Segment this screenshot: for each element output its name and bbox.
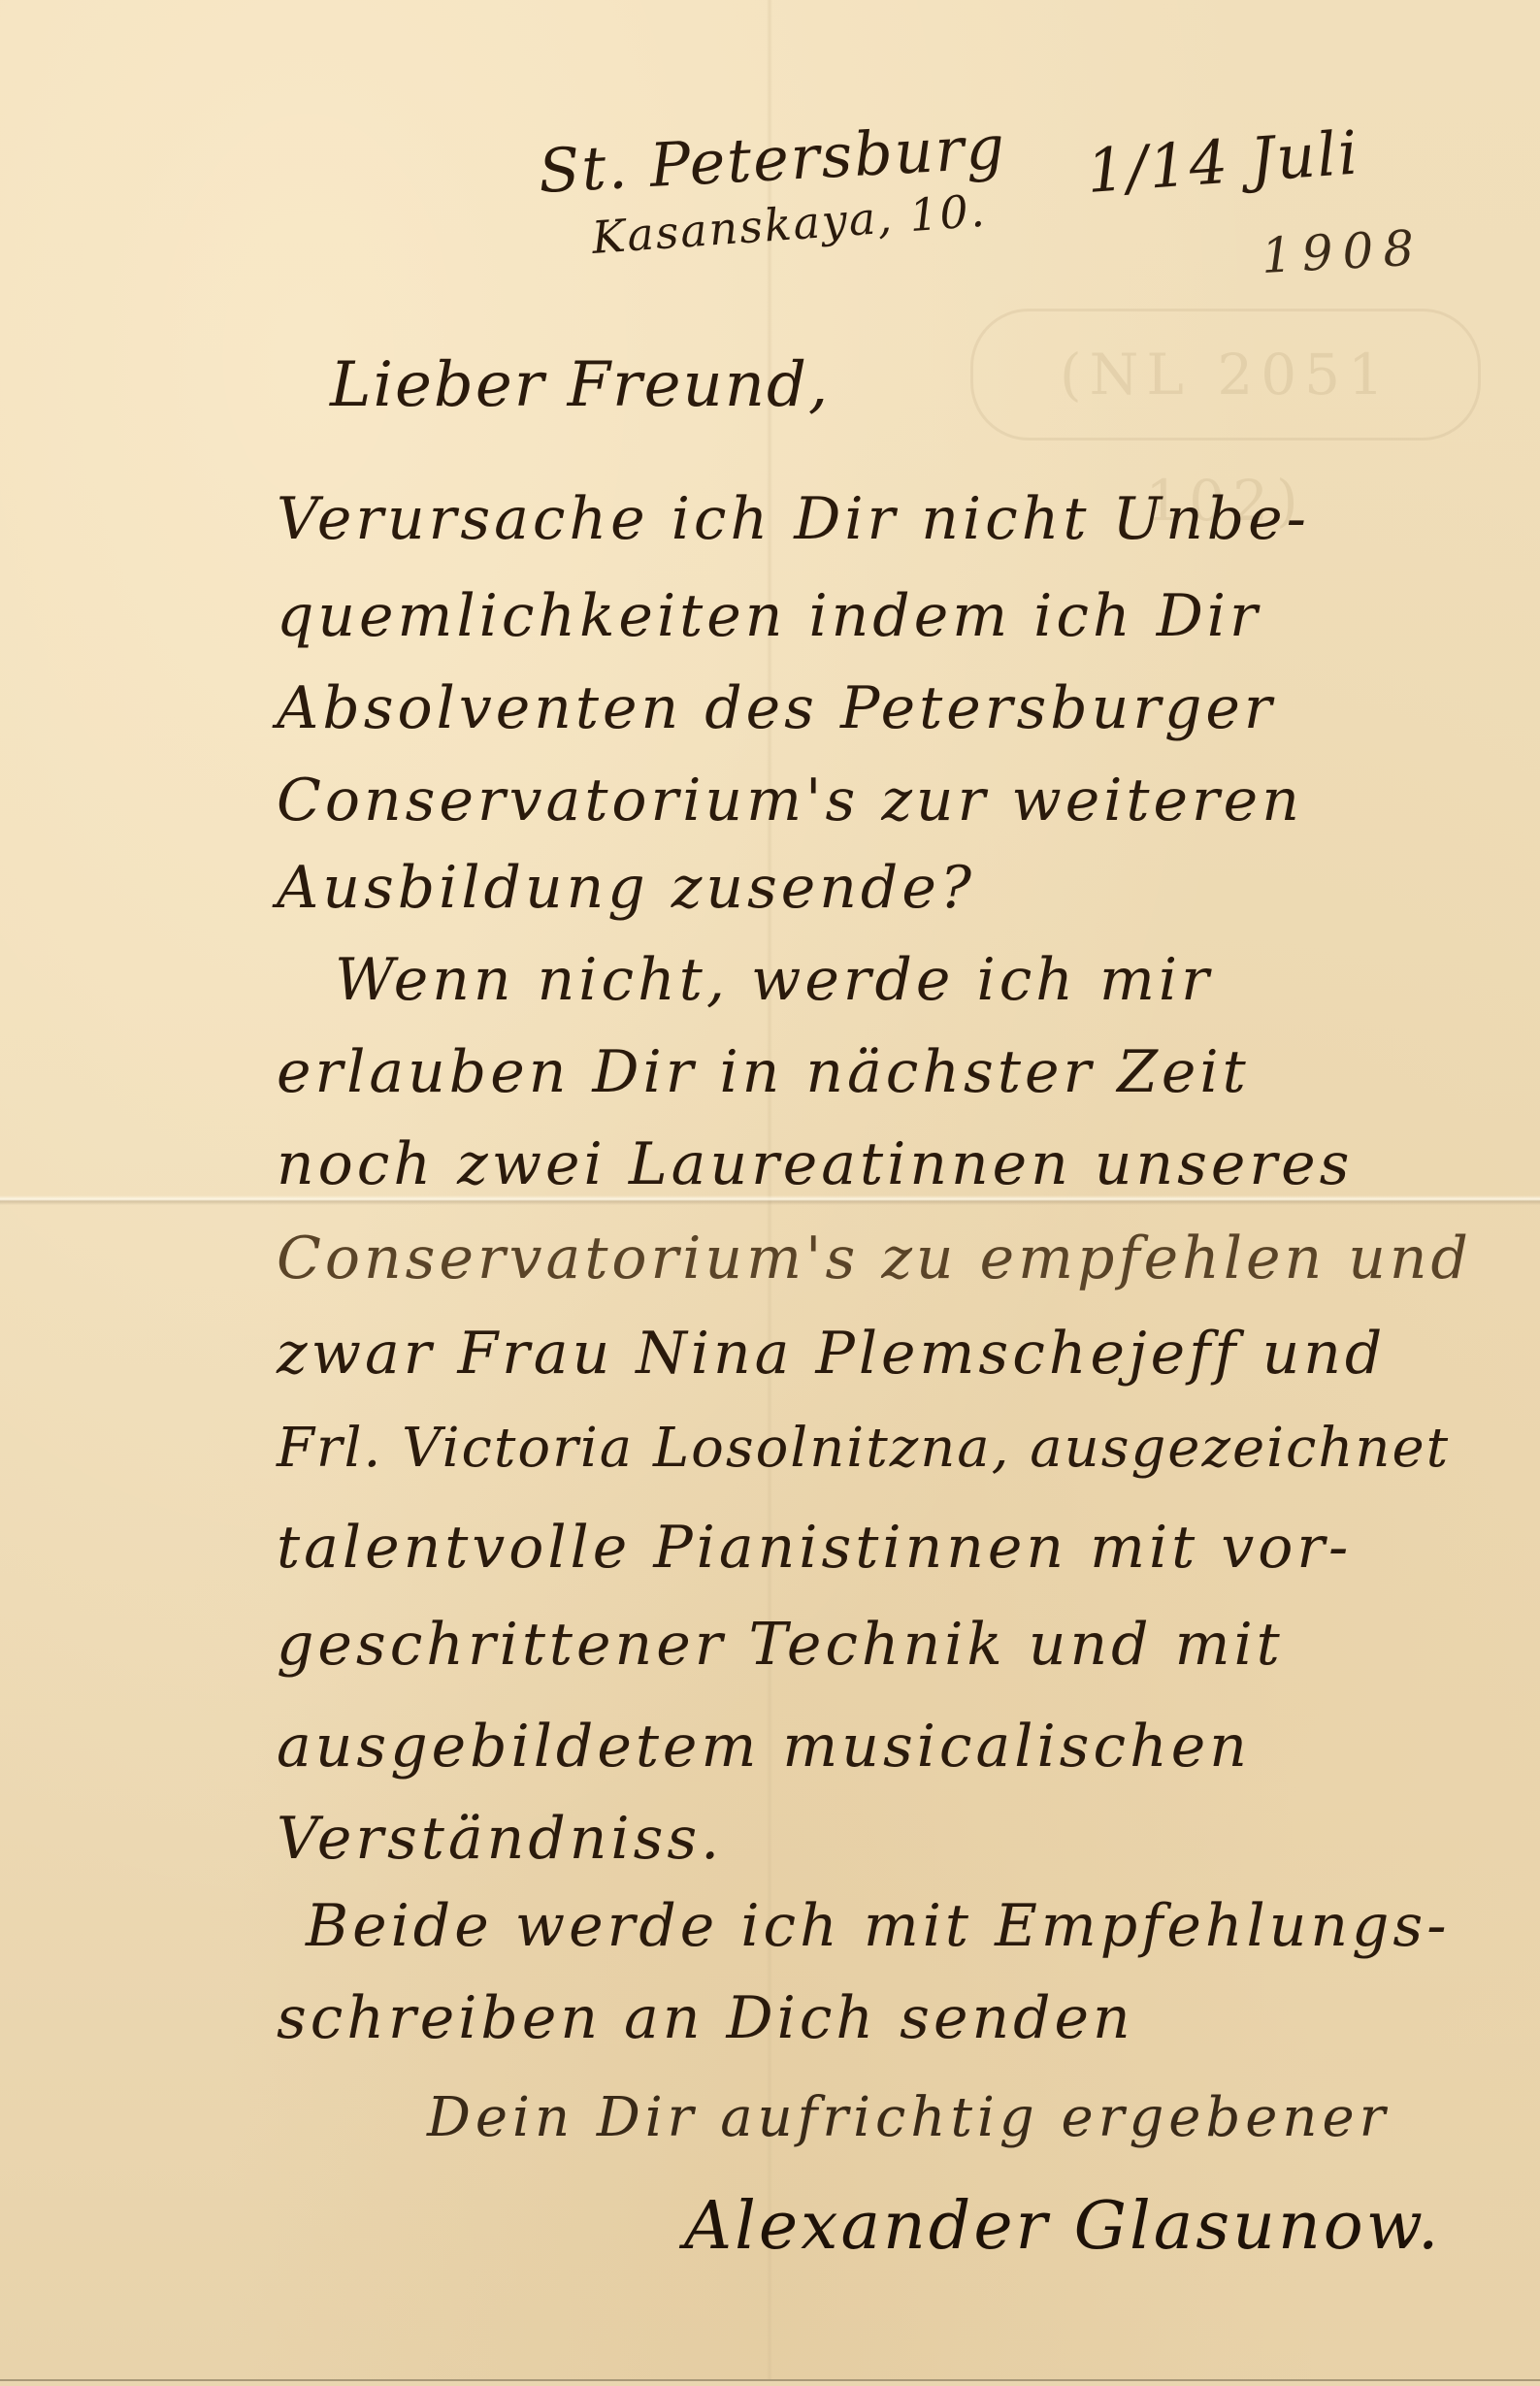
body-line: Wenn nicht, werde ich mir [335, 946, 1213, 1014]
body-line: Beide werde ich mit Empfehlungs- [306, 1892, 1451, 1960]
body-line: erlauben Dir in nächster Zeit [277, 1038, 1250, 1106]
signature: Alexander Glasunow. [684, 2188, 1441, 2265]
letter-date: 1/14 Juli [1084, 116, 1361, 206]
body-line: Verursache ich Dir nicht Unbe- [277, 485, 1310, 553]
body-line: quemlichkeiten indem ich Dir [277, 582, 1261, 650]
body-line: geschrittener Technik und mit [277, 1611, 1284, 1679]
body-line: Frl. Victoria Losolnitzna, ausgezeichnet [277, 1417, 1450, 1480]
body-line: Conservatorium's zur weiteren [277, 767, 1303, 834]
body-line: ausgebildetem musicalischen [277, 1713, 1251, 1781]
body-line: Absolventen des Petersburger [277, 674, 1276, 742]
closing-phrase: Dein Dir aufrichtig ergebener [427, 2086, 1390, 2149]
body-line: talentvolle Pianistinnen mit vor- [277, 1514, 1352, 1582]
body-line: zwar Frau Nina Pleтschejeff und [277, 1320, 1386, 1388]
letter-year: 1908 [1260, 219, 1425, 284]
body-line: noch zwei Laureatinnen unseres [277, 1130, 1353, 1198]
body-line: Ausbildung zusende? [277, 854, 975, 922]
salutation: Lieber Freund, [330, 349, 830, 421]
body-line: schreiben an Dich senden [277, 1984, 1134, 2052]
body-line: Verständniss. [277, 1805, 723, 1873]
body-line: Conservatorium's zu empfehlen und [277, 1225, 1472, 1292]
letter-paper: (NL 2051 102) St. Petersburg Kasanskaya,… [0, 0, 1540, 2381]
faded-archive-stamp: (NL 2051 102) [970, 309, 1481, 441]
